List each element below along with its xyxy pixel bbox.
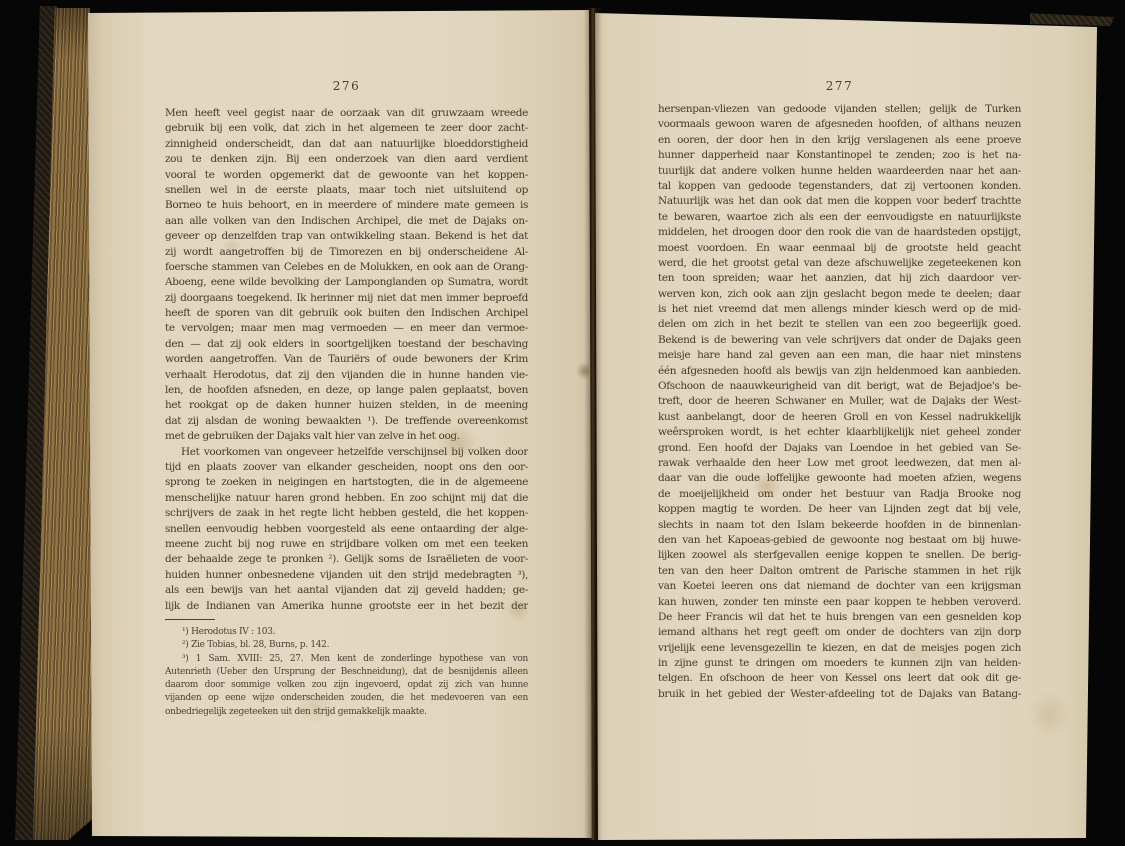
text-line: lijk de Indianen van Amerika hunne groot… (165, 599, 528, 614)
text-line: Natuurlijk was het dan ook dat men die k… (658, 194, 1021, 209)
text-line: zinnigheid onderscheidt, dan dat aan nat… (165, 137, 528, 152)
text-line: den van het Kapoeas-gebied de gewoonte n… (658, 533, 1021, 548)
text-line: ²) Zie Tobias, bl. 28, Burns, p. 142. (165, 639, 528, 652)
text-line: kan huwen, zonder ten minste een paar ko… (658, 595, 1021, 610)
text-line: gebruik bij een volk, dat zich in het al… (165, 121, 528, 136)
right-page-text: hersenpan-vliezen van gedoode vijanden s… (658, 102, 1021, 702)
text-line: middelen, het droogen door den rook die … (658, 225, 1021, 240)
text-line: Autenrieth (Ueber den Ursprung der Besch… (165, 666, 528, 679)
text-line: worden aangetroffen. Van de Tauriërs of … (165, 352, 528, 367)
text-line: aan alle volken van den Indischen Archip… (165, 214, 528, 229)
text-line: grond. Een hoofd der Dajaks van Loendoe … (658, 441, 1021, 456)
text-line: tuurlijk dat andere volken hunne helden … (658, 164, 1021, 179)
text-line: werd, die het grootst getal van deze afs… (658, 256, 1021, 271)
text-line: den — dat zij ook elders in soortgelijke… (165, 337, 528, 352)
text-line: weêrsproken wordt, is het echter klaarbl… (658, 425, 1021, 440)
book-cover-top-edge (1030, 11, 1114, 26)
text-line: is het niet vreemd dat men allengs minde… (658, 302, 1021, 317)
text-line: der behaalde zege te pronken ²). Gelijk … (165, 552, 528, 567)
paragraph: hersenpan-vliezen van gedoode vijanden s… (658, 102, 1021, 702)
text-line: telgen. En ofschoon de heer von Kessel o… (658, 671, 1021, 686)
footnote-rule (165, 619, 215, 620)
text-line: De heer Francis wil dat het te huis bren… (658, 610, 1021, 625)
paragraph: ³) 1 Sam. XVIII: 25, 27. Men kent de zon… (165, 653, 528, 719)
text-line: dat zij alsdan de woning bewaakten ¹). D… (165, 414, 528, 429)
text-line: Ofschoon de naauwkeurigheid van dit beri… (658, 379, 1021, 394)
text-line: en ooren, der door hen in den krijg vers… (658, 133, 1021, 148)
text-line: in zijne gunst te dringen om moeders te … (658, 656, 1021, 671)
text-line: delen om zich in het bezit te stellen va… (658, 317, 1021, 332)
text-line: len, de hoofden afsneden, en deze, op la… (165, 383, 528, 398)
text-line: geveer op denzelfden trap van ontwikkeli… (165, 229, 528, 244)
text-line: van Koetei leeren ons dat niemand de doc… (658, 579, 1021, 594)
text-line: ¹) Herodotus IV : 103. (165, 626, 528, 639)
text-line: iemand althans het regt geeft om onder d… (658, 625, 1021, 640)
text-line: schrijvers de zaak in het regte licht he… (165, 506, 528, 521)
text-line: lijken zoowel als sterfgevallen eenige k… (658, 548, 1021, 563)
text-line: ten van den heer Dalton omtrent de Paris… (658, 564, 1021, 579)
text-line: zij wordt aangetroffen bij de Timorezen … (165, 245, 528, 260)
text-line: zou te denken zijn. Bij een onderzoek va… (165, 152, 528, 167)
text-line: menschelijke natuur haren grond hebben. … (165, 491, 528, 506)
text-line: vrijelijk eene levensgezellin te kiezen,… (658, 641, 1021, 656)
text-line: de moeijelijkheid om onder het bestuur v… (658, 487, 1021, 502)
text-line: heeft de sporen van dit gebruik ook buit… (165, 306, 528, 321)
text-line: snellen eenvoudig hebben voorgesteld als… (165, 522, 528, 537)
text-line: sprong te zoeken in neigingen en hartsto… (165, 475, 528, 490)
text-line: daarom door sommige volken zou zijn inge… (165, 679, 528, 692)
left-page-footnotes: ¹) Herodotus IV : 103.²) Zie Tobias, bl.… (165, 626, 528, 719)
text-line: foersche stammen van Celebes en de Moluk… (165, 260, 528, 275)
text-line: daar van die oude loffelijke gewoonte ha… (658, 471, 1021, 486)
text-line: tijd en plaats zoover van elkander gesch… (165, 460, 528, 475)
text-line: voormaals gewoon waren de afgesneden hoo… (658, 117, 1021, 132)
text-line: treft, door de heeren Schwaner en Muller… (658, 394, 1021, 409)
book-scan-spread: 276 Men heeft veel gegist naar de oorzaa… (0, 0, 1125, 846)
text-line: meisje hare hand zal geven aan een man, … (658, 348, 1021, 363)
text-line: zij doorgaans toegekend. Ik herinner mij… (165, 291, 528, 306)
text-line: snellen wel in de eerste plaats, maar to… (165, 183, 528, 198)
text-line: rawak verhaalde den heer Low met groot l… (658, 456, 1021, 471)
text-line: meene zucht bij nog ruwe en strijdbare v… (165, 537, 528, 552)
text-line: kust aanbelangt, door de heeren Groll en… (658, 410, 1021, 425)
text-line: Borneo te huis behoort, en in meerdere o… (165, 198, 528, 213)
text-line: te bewaren, waartoe zich als een der een… (658, 210, 1021, 225)
text-line: als een bewijs van het aantal vijanden d… (165, 583, 528, 598)
text-line: het rookgat op de daken hunner huizen st… (165, 398, 528, 413)
text-line: met de gebruiken der Dajaks valt hier va… (165, 429, 528, 444)
text-line: tal koppen van gedoode tegenstanders, da… (658, 179, 1021, 194)
text-line: werven kon, zich ook aan zijn geslacht b… (658, 287, 1021, 302)
text-line: Aboeng, eene wilde bevolking der Lampong… (165, 275, 528, 290)
text-line: vijanden op eene wijze onderscheiden zou… (165, 692, 528, 705)
text-line: onbedriegelijk zegeteeken uit den strijd… (165, 706, 528, 719)
text-line: te vervolgen; maar men mag vermoeden — e… (165, 321, 528, 336)
text-line: Het voorkomen van ongeveer hetzelfde ver… (165, 445, 528, 460)
paragraph: Het voorkomen van ongeveer hetzelfde ver… (165, 445, 528, 614)
text-line: koppen magtig te worden. De heer van Lij… (658, 502, 1021, 517)
text-line: moest voordoen. En waar eenmaal bij de g… (658, 241, 1021, 256)
right-page: 277 hersenpan-vliezen van gedoode vijand… (592, 0, 1100, 846)
paragraph: ¹) Herodotus IV : 103. (165, 626, 528, 639)
text-line: huiden hunner onbesnedene vijanden uit d… (165, 568, 528, 583)
text-line: slechts in naam tot den Islam bekeerde h… (658, 518, 1021, 533)
text-line: hersenpan-vliezen van gedoode vijanden s… (658, 102, 1021, 117)
right-page-number: 277 (658, 79, 1021, 93)
paragraph: Men heeft veel gegist naar de oorzaak va… (165, 106, 528, 445)
text-line: vooral te worden opgemerkt dat de gewoon… (165, 168, 528, 183)
left-page: 276 Men heeft veel gegist naar de oorzaa… (88, 10, 592, 838)
text-line: Bekend is de bewering van vele schrijver… (658, 333, 1021, 348)
text-line: Men heeft veel gegist naar de oorzaak va… (165, 106, 528, 121)
text-line: ³) 1 Sam. XVIII: 25, 27. Men kent de zon… (165, 653, 528, 666)
text-line: ten toon spreiden; waar het aanzien, dat… (658, 271, 1021, 286)
left-page-number: 276 (165, 79, 528, 93)
left-page-text: Men heeft veel gegist naar de oorzaak va… (165, 106, 528, 614)
text-line: bruik in het gebied der Wester-afdeeling… (658, 687, 1021, 702)
text-line: één afgesneden hoofd als bewijs van zijn… (658, 364, 1021, 379)
text-line: hunner dapperheid naar Konstantinopel te… (658, 148, 1021, 163)
page-gutter-shadow (584, 8, 602, 840)
text-line: verhaalt Herodotus, dat zij den vijanden… (165, 368, 528, 383)
paragraph: ²) Zie Tobias, bl. 28, Burns, p. 142. (165, 639, 528, 652)
